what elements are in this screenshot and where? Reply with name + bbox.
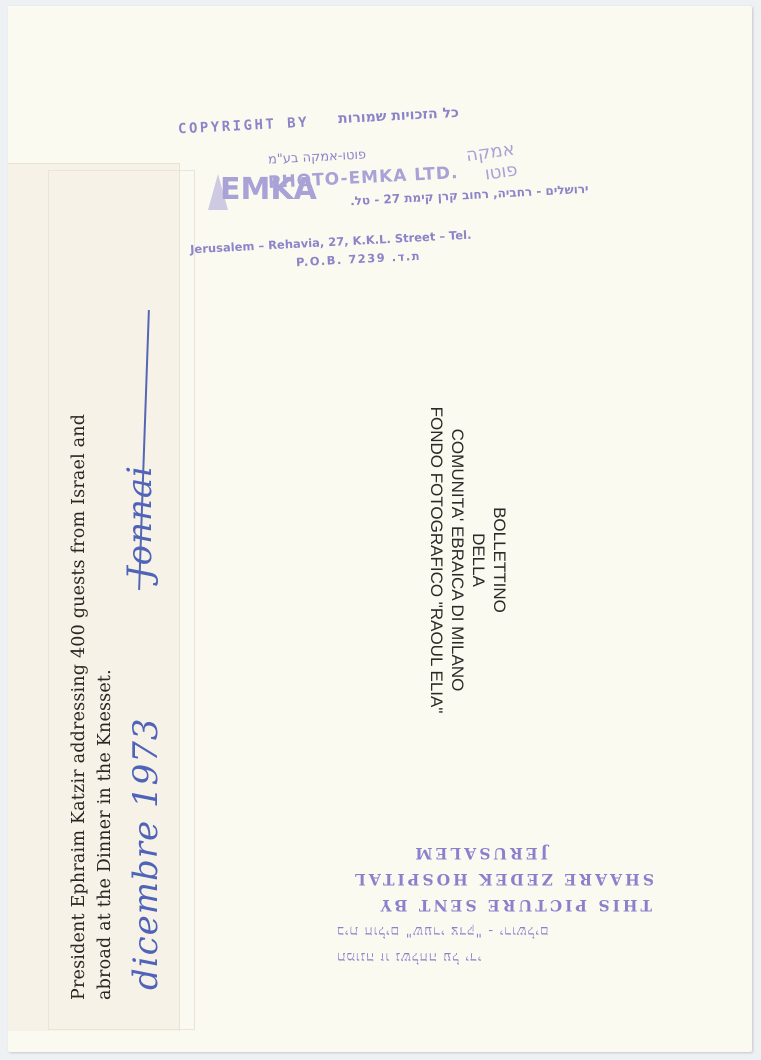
hospital-he-line-2: תמונה זו נשלחה על ידי [336,944,658,970]
hospital-line-3: THIS PICTURE SENT BY [336,892,658,918]
archive-line-3: COMUNITA' EBRAICA DI MILANO [447,370,468,750]
hospital-line-2: SHAARE ZEDEK HOSPITAL [336,866,658,892]
archive-line-2: DELLA [468,370,489,750]
handwritten-date: dicembre 1973 [126,717,166,990]
caption-text: President Ephraim Katzir addressing 400 … [66,414,118,1000]
emka-logo-icon: EMKA [208,170,256,214]
foto-logo-text: אמקה פוטו [459,139,518,188]
caption-line-1: President Ephraim Katzir addressing 400 … [66,414,92,1000]
foto-logo-icon: אמקה פוטו [459,138,520,185]
archive-line-1: BOLLETTINO [489,370,510,750]
hospital-line-1: JERUSALEM [336,840,658,866]
caption-line-2: abroad at the Dinner in the Knesset. [92,414,118,1000]
hospital-stamp: תמונה זו נשלחה על ידי בית חולים "שערי צד… [336,840,658,970]
hospital-he-line-1: בית חולים "שערי צדק" - ירושלים [336,918,658,944]
archive-line-4: FONDO FOTOGRAFICO "RAOUL ELIA" [426,370,447,750]
archive-stamp: BOLLETTINO DELLA COMUNITA' EBRAICA DI MI… [426,370,510,750]
